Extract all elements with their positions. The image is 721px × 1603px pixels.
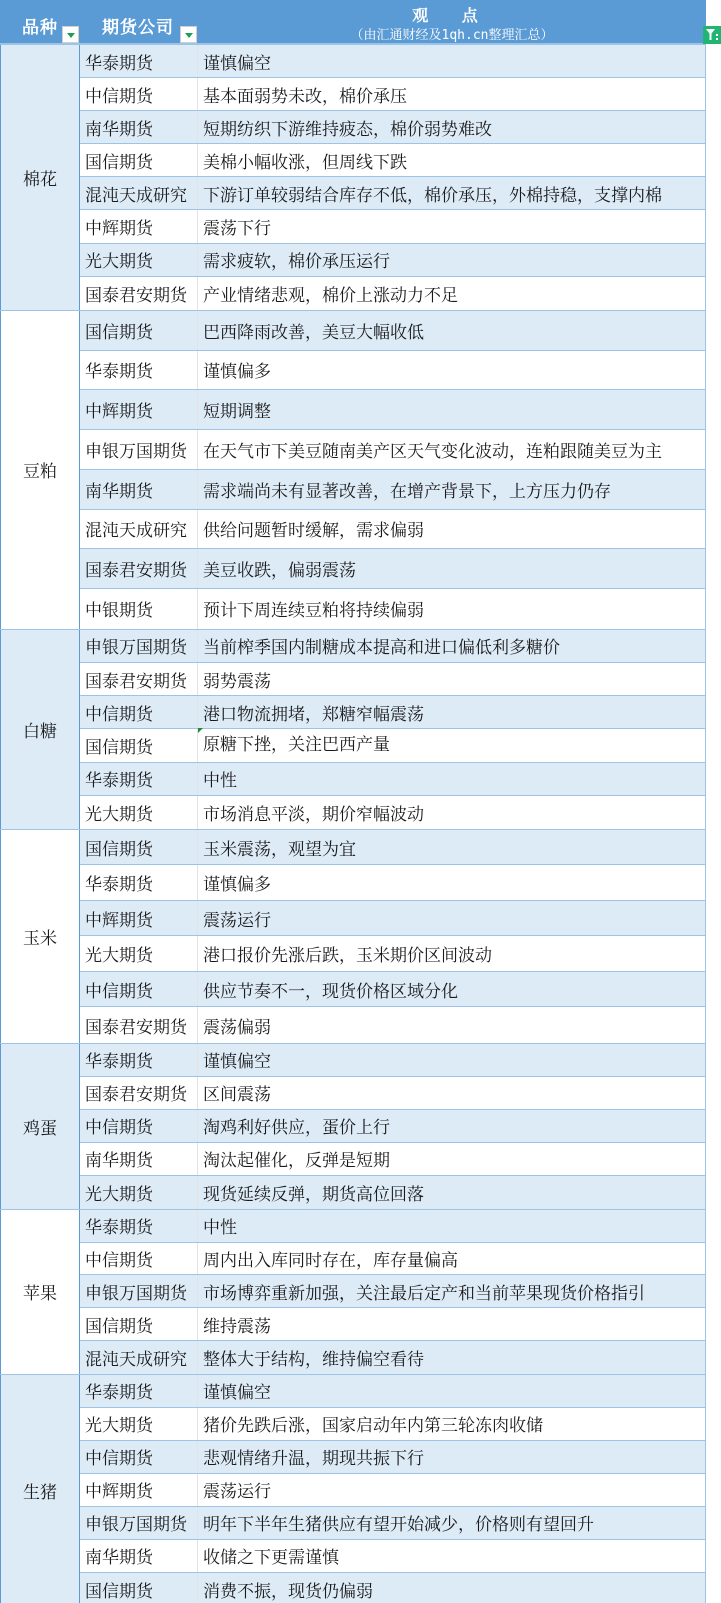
view-cell[interactable]: 震荡运行 <box>198 1474 705 1506</box>
view-cell[interactable]: 港口报价先涨后跌，玉米期价区间波动 <box>198 936 705 971</box>
view-text: 震荡运行 <box>203 1477 271 1502</box>
view-text: 供应节奏不一，现货价格区域分化 <box>203 977 458 1002</box>
view-text: 美豆收跌，偏弱震荡 <box>203 556 356 581</box>
company-cell[interactable]: 光大期货 <box>80 244 198 276</box>
header-view: 观 点 （由汇通财经及1qh.cn整理汇总） <box>198 0 706 43</box>
category-cell[interactable]: 苹果 <box>0 1210 80 1374</box>
view-cell[interactable]: 港口物流拥堵，郑糖窄幅震荡 <box>198 696 705 728</box>
view-text: 市场博弈重新加强，关注最后定产和当前苹果现货价格指引 <box>203 1279 645 1304</box>
view-text: 美棉小幅收涨，但周线下跌 <box>203 148 407 173</box>
view-text: 供给问题暂时缓解，需求偏弱 <box>203 516 424 541</box>
company-cell[interactable]: 中辉期货 <box>80 210 198 242</box>
company-cell[interactable]: 中信期货 <box>80 696 198 728</box>
table-row: 申银万国期货在天气市下美豆随南美产区天气变化波动，连粕跟随美豆为主 <box>80 430 705 470</box>
header-category-label: 品种 <box>22 13 58 38</box>
view-text: 预计下周连续豆粕将持续偏弱 <box>203 596 424 621</box>
view-cell[interactable]: 市场博弈重新加强，关注最后定产和当前苹果现货价格指引 <box>198 1275 705 1307</box>
table-row: 混沌天成研究整体大于结构，维持偏空看待 <box>80 1341 705 1374</box>
company-cell[interactable]: 国信期货 <box>80 144 198 176</box>
view-cell[interactable]: 玉米震荡，观望为宜 <box>198 830 705 865</box>
view-text: 中性 <box>203 1213 237 1238</box>
table-row: 国信期货原糖下挫，关注巴西产量 <box>80 729 705 762</box>
view-cell[interactable]: 供给问题暂时缓解，需求偏弱 <box>198 510 705 549</box>
company-cell[interactable]: 中信期货 <box>80 972 198 1007</box>
company-cell[interactable]: 华泰期货 <box>80 865 198 900</box>
category-cell[interactable]: 玉米 <box>0 830 80 1043</box>
view-filter-active-icon[interactable] <box>703 26 721 44</box>
view-cell[interactable]: 美豆收跌，偏弱震荡 <box>198 549 705 588</box>
view-cell[interactable]: 维持震荡 <box>198 1308 705 1340</box>
view-text: 中性 <box>203 766 237 791</box>
view-cell[interactable]: 消费不振，现货仍偏弱 <box>198 1573 705 1603</box>
view-cell[interactable]: 在天气市下美豆随南美产区天气变化波动，连粕跟随美豆为主 <box>198 430 705 469</box>
company-cell[interactable]: 国泰君安期货 <box>80 1007 198 1043</box>
view-cell[interactable]: 淘汰起催化，反弹是短期 <box>198 1143 705 1175</box>
table-row: 南华期货需求端尚未有显著改善，在增产背景下，上方压力仍存 <box>80 470 705 510</box>
view-cell[interactable]: 短期调整 <box>198 390 705 429</box>
view-cell[interactable]: 下游订单较弱结合库存不低，棉价承压，外棉持稳，支撑内棉 <box>198 177 705 209</box>
category-filter-dropdown-icon[interactable] <box>62 26 79 43</box>
company-cell[interactable]: 光大期货 <box>80 936 198 971</box>
table-row: 国泰君安期货区间震荡 <box>80 1077 705 1110</box>
view-text: 消费不振，现货仍偏弱 <box>203 1577 373 1602</box>
company-cell[interactable]: 中辉期货 <box>80 1474 198 1506</box>
company-cell[interactable]: 华泰期货 <box>80 1210 198 1242</box>
category-rows: 华泰期货谨慎偏空中信期货基本面弱势未改，棉价承压南华期货短期纺织下游维持疲态，棉… <box>80 45 706 310</box>
table-row: 中信期货供应节奏不一，现货价格区域分化 <box>80 972 705 1008</box>
header-category: 品种 <box>0 0 80 43</box>
header-company-label: 期货公司 <box>102 13 174 38</box>
category-section: 白糖申银万国期货当前榨季国内制糖成本提高和进口偏低利多糖价国泰君安期货弱势震荡中… <box>0 630 706 830</box>
header-view-subtitle: （由汇通财经及1qh.cn整理汇总） <box>198 24 706 43</box>
company-cell[interactable]: 国信期货 <box>80 729 198 761</box>
table-row: 混沌天成研究下游订单较弱结合库存不低，棉价承压，外棉持稳，支撑内棉 <box>80 177 705 210</box>
view-text: 区间震荡 <box>203 1080 271 1105</box>
table-row: 中信期货淘鸡利好供应，蛋价上行 <box>80 1110 705 1143</box>
table-row: 中信期货悲观情绪升温，期现共振下行 <box>80 1441 705 1474</box>
view-text: 弱势震荡 <box>203 667 271 692</box>
view-text: 震荡运行 <box>203 906 271 931</box>
view-text: 谨慎偏空 <box>203 49 271 74</box>
view-cell[interactable]: 中性 <box>198 763 705 795</box>
company-cell[interactable]: 国信期货 <box>80 1308 198 1340</box>
view-cell[interactable]: 谨慎偏空 <box>198 1375 705 1407</box>
table-row: 华泰期货谨慎偏多 <box>80 351 705 391</box>
table-row: 国泰君安期货美豆收跌，偏弱震荡 <box>80 549 705 589</box>
category-section: 玉米国信期货玉米震荡，观望为宜华泰期货谨慎偏多中辉期货震荡运行光大期货港口报价先… <box>0 830 706 1044</box>
company-cell[interactable]: 申银万国期货 <box>80 430 198 469</box>
table-row: 中辉期货震荡运行 <box>80 1474 705 1507</box>
view-cell[interactable]: 收储之下更需谨慎 <box>198 1540 705 1572</box>
table-row: 华泰期货谨慎偏空 <box>80 45 705 78</box>
category-section: 苹果华泰期货中性中信期货周内出入库同时存在，库存量偏高申银万国期货市场博弈重新加… <box>0 1210 706 1375</box>
table-row: 华泰期货谨慎偏多 <box>80 865 705 901</box>
company-cell[interactable]: 国泰君安期货 <box>80 549 198 588</box>
table-row: 光大期货现货延续反弹，期货高位回落 <box>80 1176 705 1209</box>
view-text: 需求疲软，棉价承压运行 <box>203 247 390 272</box>
category-rows: 国信期货玉米震荡，观望为宜华泰期货谨慎偏多中辉期货震荡运行光大期货港口报价先涨后… <box>80 830 706 1043</box>
cell-comment-indicator-icon <box>198 728 203 733</box>
category-section: 棉花华泰期货谨慎偏空中信期货基本面弱势未改，棉价承压南华期货短期纺织下游维持疲态… <box>0 45 706 311</box>
company-cell[interactable]: 混沌天成研究 <box>80 1341 198 1374</box>
category-rows: 申银万国期货当前榨季国内制糖成本提高和进口偏低利多糖价国泰君安期货弱势震荡中信期… <box>80 630 706 829</box>
view-cell[interactable]: 基本面弱势未改，棉价承压 <box>198 78 705 110</box>
view-cell[interactable]: 周内出入库同时存在，库存量偏高 <box>198 1243 705 1275</box>
view-cell[interactable]: 市场消息平淡，期价窄幅波动 <box>198 796 705 829</box>
company-cell[interactable]: 中信期货 <box>80 1243 198 1275</box>
company-cell[interactable]: 华泰期货 <box>80 1044 198 1076</box>
view-text: 震荡偏弱 <box>203 1013 271 1038</box>
table-row: 中信期货港口物流拥堵，郑糖窄幅震荡 <box>80 696 705 729</box>
view-text: 在天气市下美豆随南美产区天气变化波动，连粕跟随美豆为主 <box>203 437 662 462</box>
table-row: 南华期货淘汰起催化，反弹是短期 <box>80 1143 705 1176</box>
header-company: 期货公司 <box>80 0 198 43</box>
category-cell[interactable]: 鸡蛋 <box>0 1044 80 1209</box>
company-cell[interactable]: 南华期货 <box>80 470 198 509</box>
table-row: 南华期货收储之下更需谨慎 <box>80 1540 705 1573</box>
view-text: 当前榨季国内制糖成本提高和进口偏低利多糖价 <box>203 633 560 658</box>
company-cell[interactable]: 中信期货 <box>80 1441 198 1473</box>
header-view-title: 观 点 <box>198 3 706 26</box>
view-text: 巴西降雨改善，美豆大幅收低 <box>203 318 424 343</box>
view-text: 明年下半年生猪供应有望开始减少，价格则有望回升 <box>203 1510 594 1535</box>
view-cell[interactable]: 震荡运行 <box>198 901 705 936</box>
view-text: 收储之下更需谨慎 <box>203 1543 339 1568</box>
table-row: 光大期货港口报价先涨后跌，玉米期价区间波动 <box>80 936 705 972</box>
table-row: 中银期货预计下周连续豆粕将持续偏弱 <box>80 589 705 629</box>
category-cell[interactable]: 白糖 <box>0 630 80 829</box>
view-text: 现货延续反弹，期货高位回落 <box>203 1180 424 1205</box>
company-filter-dropdown-icon[interactable] <box>180 26 197 43</box>
view-cell[interactable]: 需求端尚未有显著改善，在增产背景下，上方压力仍存 <box>198 470 705 509</box>
view-text: 谨慎偏多 <box>203 357 271 382</box>
view-text: 下游订单较弱结合库存不低，棉价承压，外棉持稳，支撑内棉 <box>203 181 662 206</box>
view-cell[interactable]: 明年下半年生猪供应有望开始减少，价格则有望回升 <box>198 1507 705 1539</box>
company-cell[interactable]: 南华期货 <box>80 1143 198 1175</box>
view-cell[interactable]: 淘鸡利好供应，蛋价上行 <box>198 1110 705 1142</box>
view-cell[interactable]: 中性 <box>198 1210 705 1242</box>
table-row: 光大期货猪价先跌后涨，国家启动年内第三轮冻肉收储 <box>80 1408 705 1441</box>
table-row: 国信期货消费不振，现货仍偏弱 <box>80 1573 705 1603</box>
table-row: 国泰君安期货弱势震荡 <box>80 663 705 696</box>
company-cell[interactable]: 南华期货 <box>80 1540 198 1572</box>
view-text: 基本面弱势未改，棉价承压 <box>203 82 407 107</box>
category-cell[interactable]: 棉花 <box>0 45 80 310</box>
view-text: 港口报价先涨后跌，玉米期价区间波动 <box>203 941 492 966</box>
table-row: 中辉期货震荡运行 <box>80 901 705 937</box>
view-text: 猪价先跌后涨，国家启动年内第三轮冻肉收储 <box>203 1411 543 1436</box>
table-row: 申银万国期货明年下半年生猪供应有望开始减少，价格则有望回升 <box>80 1507 705 1540</box>
company-cell[interactable]: 混沌天成研究 <box>80 510 198 549</box>
company-cell[interactable]: 混沌天成研究 <box>80 177 198 209</box>
company-cell[interactable]: 中信期货 <box>80 78 198 110</box>
table-row: 中辉期货短期调整 <box>80 390 705 430</box>
company-cell[interactable]: 申银万国期货 <box>80 630 198 662</box>
view-cell[interactable]: 悲观情绪升温，期现共振下行 <box>198 1441 705 1473</box>
view-cell[interactable]: 谨慎偏空 <box>198 45 705 77</box>
table-body: 棉花华泰期货谨慎偏空中信期货基本面弱势未改，棉价承压南华期货短期纺织下游维持疲态… <box>0 45 706 1603</box>
company-cell[interactable]: 华泰期货 <box>80 351 198 390</box>
view-cell[interactable]: 当前榨季国内制糖成本提高和进口偏低利多糖价 <box>198 630 705 662</box>
table-row: 华泰期货中性 <box>80 1210 705 1243</box>
view-text: 短期纺织下游维持疲态，棉价弱势难改 <box>203 115 492 140</box>
view-cell[interactable]: 供应节奏不一，现货价格区域分化 <box>198 972 705 1007</box>
company-cell[interactable]: 国信期货 <box>80 311 198 350</box>
view-text: 震荡下行 <box>203 214 271 239</box>
table-row: 国信期货巴西降雨改善，美豆大幅收低 <box>80 311 705 351</box>
view-text: 淘汰起催化，反弹是短期 <box>203 1146 390 1171</box>
category-section: 豆粕国信期货巴西降雨改善，美豆大幅收低华泰期货谨慎偏多中辉期货短期调整申银万国期… <box>0 311 706 630</box>
view-cell[interactable]: 谨慎偏空 <box>198 1044 705 1076</box>
company-cell[interactable]: 申银万国期货 <box>80 1275 198 1307</box>
view-cell[interactable]: 短期纺织下游维持疲态，棉价弱势难改 <box>198 111 705 143</box>
table-row: 国信期货玉米震荡，观望为宜 <box>80 830 705 866</box>
view-cell[interactable]: 现货延续反弹，期货高位回落 <box>198 1176 705 1209</box>
company-cell[interactable]: 国泰君安期货 <box>80 277 198 310</box>
table-row: 光大期货市场消息平淡，期价窄幅波动 <box>80 796 705 829</box>
view-cell[interactable]: 猪价先跌后涨，国家启动年内第三轮冻肉收储 <box>198 1408 705 1440</box>
company-cell[interactable]: 光大期货 <box>80 1176 198 1209</box>
view-text: 市场消息平淡，期价窄幅波动 <box>203 800 424 825</box>
table-row: 国泰君安期货震荡偏弱 <box>80 1007 705 1043</box>
company-cell[interactable]: 国泰君安期货 <box>80 663 198 695</box>
view-text: 短期调整 <box>203 397 271 422</box>
company-cell[interactable]: 南华期货 <box>80 111 198 143</box>
category-rows: 华泰期货谨慎偏空国泰君安期货区间震荡中信期货淘鸡利好供应，蛋价上行南华期货淘汰起… <box>80 1044 706 1209</box>
company-cell[interactable]: 华泰期货 <box>80 45 198 77</box>
category-cell[interactable]: 豆粕 <box>0 311 80 629</box>
view-text: 淘鸡利好供应，蛋价上行 <box>203 1113 390 1138</box>
company-cell[interactable]: 华泰期货 <box>80 1375 198 1407</box>
view-cell[interactable]: 预计下周连续豆粕将持续偏弱 <box>198 589 705 629</box>
view-text: 谨慎偏多 <box>203 870 271 895</box>
view-cell[interactable]: 弱势震荡 <box>198 663 705 695</box>
table-row: 南华期货短期纺织下游维持疲态，棉价弱势难改 <box>80 111 705 144</box>
view-cell[interactable]: 产业情绪悲观，棉价上涨动力不足 <box>198 277 705 310</box>
view-cell[interactable]: 区间震荡 <box>198 1077 705 1109</box>
table-header: 品种 期货公司 观 点 （由汇通财经及1qh.cn整理汇总） <box>0 0 706 45</box>
view-text: 需求端尚未有显著改善，在增产背景下，上方压力仍存 <box>203 477 611 502</box>
view-cell[interactable]: 整体大于结构，维持偏空看待 <box>198 1341 705 1374</box>
table-row: 华泰期货谨慎偏空 <box>80 1375 705 1408</box>
company-cell[interactable]: 光大期货 <box>80 796 198 829</box>
category-rows: 国信期货巴西降雨改善，美豆大幅收低华泰期货谨慎偏多中辉期货短期调整申银万国期货在… <box>80 311 706 629</box>
category-cell[interactable]: 生猪 <box>0 1375 80 1603</box>
view-text: 原糖下挫，关注巴西产量 <box>203 730 390 755</box>
view-cell[interactable]: 原糖下挫，关注巴西产量 <box>198 728 705 762</box>
view-cell[interactable]: 美棉小幅收涨，但周线下跌 <box>198 144 705 176</box>
view-cell[interactable]: 巴西降雨改善，美豆大幅收低 <box>198 311 705 350</box>
company-cell[interactable]: 国信期货 <box>80 1573 198 1603</box>
company-cell[interactable]: 中辉期货 <box>80 390 198 429</box>
view-text: 港口物流拥堵，郑糖窄幅震荡 <box>203 700 424 725</box>
category-section: 生猪华泰期货谨慎偏空光大期货猪价先跌后涨，国家启动年内第三轮冻肉收储中信期货悲观… <box>0 1375 706 1603</box>
table-row: 国泰君安期货产业情绪悲观，棉价上涨动力不足 <box>80 277 705 310</box>
company-cell[interactable]: 中辉期货 <box>80 901 198 936</box>
company-cell[interactable]: 中银期货 <box>80 589 198 629</box>
company-cell[interactable]: 国泰君安期货 <box>80 1077 198 1109</box>
view-text: 谨慎偏空 <box>203 1047 271 1072</box>
table-row: 国信期货维持震荡 <box>80 1308 705 1341</box>
table-row: 中信期货基本面弱势未改，棉价承压 <box>80 78 705 111</box>
futures-views-sheet: 品种 期货公司 观 点 （由汇通财经及1qh.cn整理汇总） 棉花华泰期货谨慎偏… <box>0 0 706 1603</box>
view-cell[interactable]: 震荡下行 <box>198 210 705 242</box>
view-cell[interactable]: 谨慎偏多 <box>198 351 705 390</box>
company-cell[interactable]: 国信期货 <box>80 830 198 865</box>
table-row: 申银万国期货当前榨季国内制糖成本提高和进口偏低利多糖价 <box>80 630 705 663</box>
view-text: 悲观情绪升温，期现共振下行 <box>203 1444 424 1469</box>
view-cell[interactable]: 需求疲软，棉价承压运行 <box>198 244 705 276</box>
table-row: 华泰期货谨慎偏空 <box>80 1044 705 1077</box>
company-cell[interactable]: 中信期货 <box>80 1110 198 1142</box>
table-row: 申银万国期货市场博弈重新加强，关注最后定产和当前苹果现货价格指引 <box>80 1275 705 1308</box>
view-cell[interactable]: 谨慎偏多 <box>198 865 705 900</box>
table-row: 国信期货美棉小幅收涨，但周线下跌 <box>80 144 705 177</box>
category-section: 鸡蛋华泰期货谨慎偏空国泰君安期货区间震荡中信期货淘鸡利好供应，蛋价上行南华期货淘… <box>0 1044 706 1210</box>
company-cell[interactable]: 光大期货 <box>80 1408 198 1440</box>
category-rows: 华泰期货谨慎偏空光大期货猪价先跌后涨，国家启动年内第三轮冻肉收储中信期货悲观情绪… <box>80 1375 706 1603</box>
view-text: 玉米震荡，观望为宜 <box>203 835 356 860</box>
view-text: 整体大于结构，维持偏空看待 <box>203 1345 424 1370</box>
view-text: 维持震荡 <box>203 1312 271 1337</box>
company-cell[interactable]: 申银万国期货 <box>80 1507 198 1539</box>
table-row: 中辉期货震荡下行 <box>80 210 705 243</box>
view-text: 周内出入库同时存在，库存量偏高 <box>203 1246 458 1271</box>
company-cell[interactable]: 华泰期货 <box>80 763 198 795</box>
view-cell[interactable]: 震荡偏弱 <box>198 1007 705 1043</box>
table-row: 华泰期货中性 <box>80 763 705 796</box>
view-text: 谨慎偏空 <box>203 1378 271 1403</box>
table-row: 光大期货需求疲软，棉价承压运行 <box>80 244 705 277</box>
table-row: 中信期货周内出入库同时存在，库存量偏高 <box>80 1243 705 1276</box>
view-text: 产业情绪悲观，棉价上涨动力不足 <box>203 281 458 306</box>
category-rows: 华泰期货中性中信期货周内出入库同时存在，库存量偏高申银万国期货市场博弈重新加强，… <box>80 1210 706 1374</box>
table-row: 混沌天成研究供给问题暂时缓解，需求偏弱 <box>80 510 705 550</box>
